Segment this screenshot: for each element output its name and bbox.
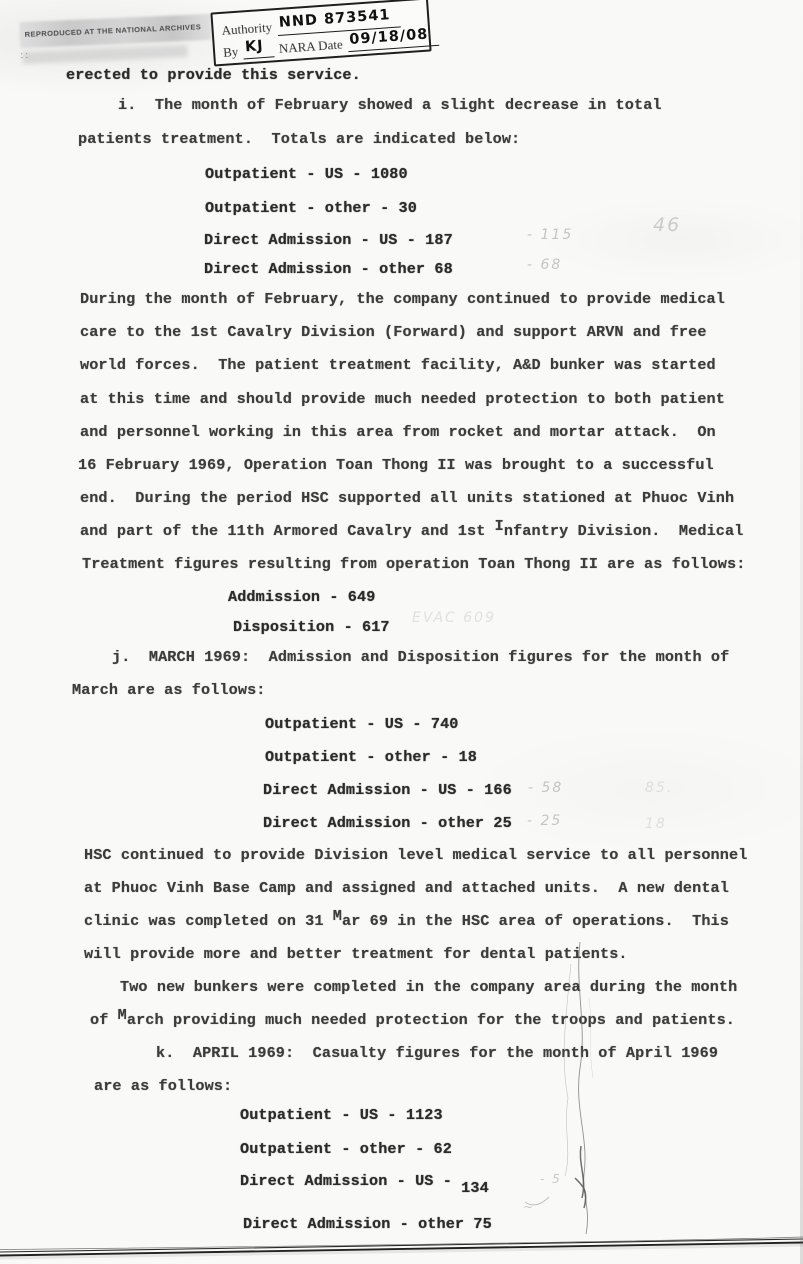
document-line: i. The month of February showed a slight… bbox=[118, 96, 662, 114]
pencil-annotation: EVAC 609 bbox=[412, 610, 496, 626]
document-line: March are as follows: bbox=[72, 681, 266, 699]
document-line-segment: M bbox=[333, 907, 342, 925]
by-initials: KJ bbox=[242, 36, 274, 60]
document-line: are as follows: bbox=[94, 1077, 232, 1095]
document-line: end. During the period HSC supported all… bbox=[80, 489, 734, 507]
document-line-segment: and part of the 11th Armored Cavalry and… bbox=[80, 522, 495, 540]
document-line-segment: Direct Admission - US - bbox=[240, 1172, 461, 1190]
pencil-annotation: - 115 bbox=[527, 227, 573, 243]
document-line: Treatment figures resulting from operati… bbox=[82, 555, 745, 573]
document-line: Addmission - 649 bbox=[228, 588, 375, 606]
authority-label: Authority bbox=[221, 18, 273, 39]
document-line-segment: I bbox=[495, 517, 504, 535]
document-line: Direct Admission - US - 134 bbox=[240, 1172, 489, 1190]
document-line: and personnel working in this area from … bbox=[80, 423, 716, 441]
declassification-stamp: Authority NND 873541 By KJ NARA Date 09/… bbox=[210, 0, 431, 67]
document-line-segment: of bbox=[90, 1011, 118, 1029]
document-line: Direct Admission - US - 166 bbox=[263, 781, 512, 799]
document-line: 16 February 1969, Operation Toan Thong I… bbox=[78, 456, 714, 474]
document-line: HSC continued to provide Division level … bbox=[84, 846, 747, 864]
document-line: world forces. The patient treatment faci… bbox=[80, 356, 716, 374]
pencil-annotation: 46 bbox=[653, 214, 681, 236]
pencil-annotation: 18 bbox=[645, 816, 667, 832]
document-line: Direct Admission - US - 187 bbox=[204, 231, 453, 249]
document-line: Outpatient - other - 30 bbox=[205, 199, 417, 217]
pencil-annotation: - 58 bbox=[528, 780, 563, 796]
national-archives-stamp: REPRODUCED AT THE NATIONAL ARCHIVES : : bbox=[19, 12, 213, 70]
document-line: During the month of February, the compan… bbox=[80, 290, 725, 308]
document-line: Direct Admission - other 25 bbox=[263, 814, 512, 832]
crease-scribble bbox=[505, 938, 655, 1240]
document-line: Outpatient - other - 62 bbox=[240, 1140, 452, 1158]
document-line: erected to provide this service. bbox=[66, 66, 361, 84]
document-line-segment: ar 69 in the HSC area of operations. Thi… bbox=[342, 912, 729, 930]
document-line: Direct Admission - other 68 bbox=[204, 260, 453, 278]
pencil-annotation: - 25 bbox=[527, 813, 562, 829]
document-line: Outpatient - US - 740 bbox=[265, 715, 459, 733]
document-line: Disposition - 617 bbox=[233, 618, 390, 636]
scanned-document-page: REPRODUCED AT THE NATIONAL ARCHIVES : : … bbox=[0, 0, 803, 1264]
stamp-dots: : : bbox=[20, 50, 28, 60]
nara-date-label: NARA Date bbox=[278, 35, 343, 57]
document-line: patients treatment. Totals are indicated… bbox=[78, 130, 520, 148]
document-line-segment: nfantry Division. Medical bbox=[504, 522, 744, 540]
pencil-annotation: 85. bbox=[645, 780, 673, 796]
stamp-smudge-bar-2 bbox=[22, 45, 187, 64]
document-line: Outpatient - other - 18 bbox=[265, 748, 477, 766]
document-line: care to the 1st Cavalry Division (Forwar… bbox=[80, 323, 707, 341]
by-label: By bbox=[223, 42, 239, 61]
document-line-segment: clinic was completed on 31 bbox=[84, 912, 333, 930]
bottom-scan-line bbox=[0, 1228, 803, 1262]
document-line: Outpatient - US - 1123 bbox=[240, 1106, 443, 1124]
pencil-annotation: - 68 bbox=[527, 257, 562, 273]
document-line: Outpatient - US - 1080 bbox=[205, 165, 408, 183]
document-line-segment: M bbox=[118, 1006, 127, 1024]
document-line: at this time and should provide much nee… bbox=[80, 390, 725, 408]
document-line: and part of the 11th Armored Cavalry and… bbox=[80, 522, 743, 540]
document-line: at Phuoc Vinh Base Camp and assigned and… bbox=[84, 879, 729, 897]
document-line: j. MARCH 1969: Admission and Disposition… bbox=[112, 648, 729, 666]
document-line-segment: 134 bbox=[461, 1179, 489, 1197]
document-line: clinic was completed on 31 Mar 69 in the… bbox=[84, 912, 729, 930]
